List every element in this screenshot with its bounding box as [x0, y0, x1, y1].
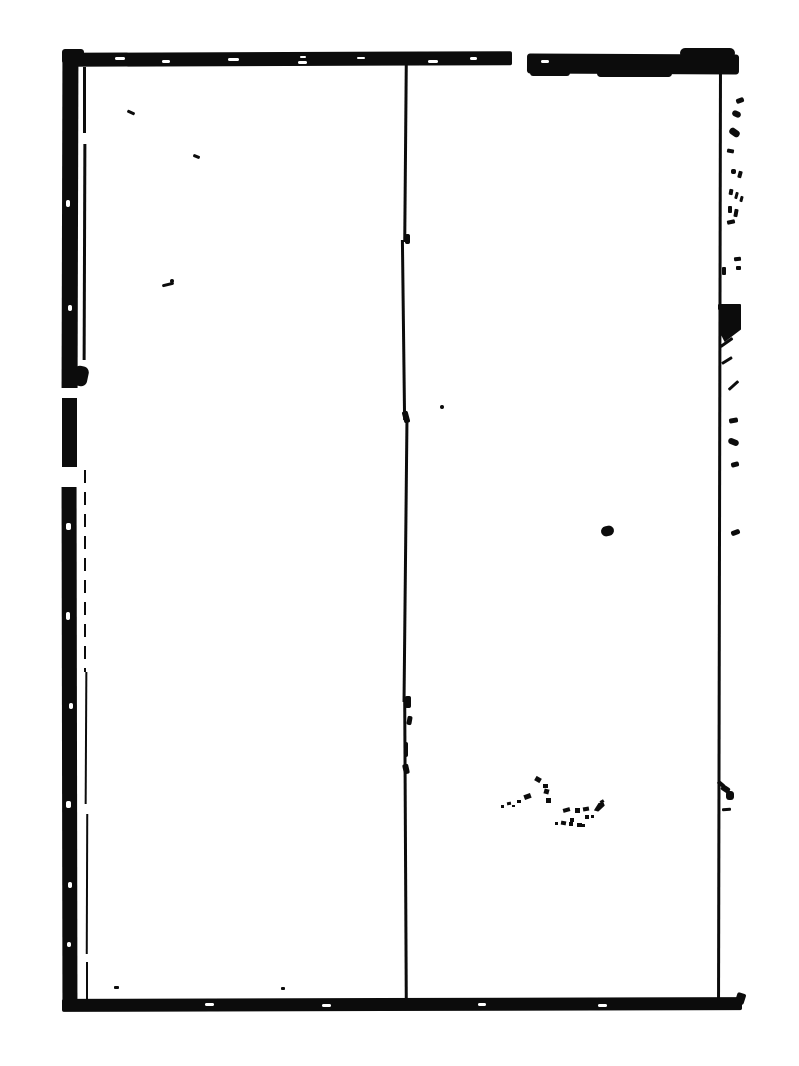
char-fragment: [727, 219, 736, 225]
char-fragment: [729, 189, 734, 196]
ink-splatter-speck: [507, 802, 511, 806]
outer-frame-top-right-dip: [530, 70, 570, 76]
paper-fleck: [66, 801, 71, 808]
ink-splatter-speck: [563, 807, 571, 813]
char-fragment: [728, 380, 740, 391]
inner-margin-rule: [84, 470, 86, 672]
char-fragment: [730, 461, 739, 468]
center-column-rule: [403, 418, 409, 702]
inner-margin-rule: [85, 672, 88, 804]
paper-fleck: [115, 57, 125, 60]
char-fragment: [736, 266, 741, 270]
outer-frame-corner-blob: [62, 49, 84, 64]
center-column-rule: [403, 64, 408, 242]
ink-splatter-speck: [523, 793, 531, 800]
outer-frame-left-bulge: [71, 365, 90, 388]
char-fragment-hook: [726, 791, 734, 800]
paper-fleck: [66, 523, 71, 530]
paper-fleck: [69, 703, 73, 709]
paper-fleck: [300, 56, 306, 58]
right-column-rule: [717, 74, 722, 1006]
outer-frame-bottom: [62, 997, 742, 1012]
center-rule-nick: [402, 410, 411, 423]
paper-fleck: [66, 200, 70, 207]
ink-splatter-speck: [591, 815, 594, 818]
char-fragment: [737, 171, 743, 179]
char-fragment: [729, 417, 739, 423]
paper-fleck: [470, 57, 477, 60]
char-fragment: [739, 196, 743, 203]
char-fragment: [730, 529, 740, 537]
char-fragment: [727, 148, 735, 153]
ink-splatter-speck: [517, 800, 521, 803]
char-fragment: [734, 257, 741, 262]
outer-frame-left-segment: [62, 54, 79, 388]
outer-frame-top-right-bump: [680, 48, 735, 58]
paper-fleck: [67, 942, 71, 947]
char-fragment-hook: [722, 808, 731, 812]
outer-frame-top-left-segment: [66, 51, 512, 67]
ink-layer: [0, 0, 799, 1066]
paper-fleck: [228, 58, 239, 61]
char-fragment: [721, 356, 733, 365]
outer-frame-left-segment: [62, 398, 77, 467]
ink-splatter-speck: [581, 824, 585, 827]
paper-fleck: [68, 305, 72, 311]
outer-frame-top-right-dip: [597, 70, 672, 77]
ink-speck: [193, 154, 201, 159]
paper-fleck: [478, 1003, 486, 1006]
char-fragment: [727, 437, 739, 447]
char-fragment: [731, 109, 742, 118]
paper-fleck: [428, 60, 438, 63]
char-fragment: [731, 169, 736, 174]
char-fragment: [735, 97, 744, 104]
center-rule-nick: [406, 716, 412, 726]
ink-splatter-speck: [501, 805, 504, 808]
char-fragment: [728, 126, 741, 138]
char-fragment: [722, 267, 726, 275]
ink-speck: [127, 109, 136, 115]
ink-splatter-speck: [561, 821, 567, 826]
char-fragment: [734, 192, 739, 200]
inner-margin-rule: [86, 814, 88, 954]
ink-splatter-speck: [583, 807, 590, 812]
inner-margin-rule: [83, 67, 86, 133]
ink-splatter-speck: [555, 822, 558, 825]
ink-splatter-wedge: [592, 801, 606, 813]
inner-margin-rule: [83, 144, 87, 360]
center-rule-nick: [404, 742, 408, 757]
ink-splatter-speck: [569, 822, 573, 826]
paper-fleck: [66, 612, 70, 620]
ink-speck: [281, 987, 285, 990]
inner-margin-rule: [86, 962, 88, 1004]
center-column-rule: [401, 240, 406, 420]
paper-fleck: [357, 57, 365, 59]
ink-splatter-speck: [575, 808, 580, 813]
scanned-book-page: [0, 0, 799, 1066]
center-rule-nick: [405, 696, 411, 708]
ink-speck: [440, 405, 444, 409]
ink-splatter-speck: [546, 798, 551, 803]
ink-splatter-speck: [585, 815, 589, 819]
paper-fleck: [68, 882, 72, 888]
ink-splatter-speck: [512, 805, 515, 807]
ink-speck: [114, 986, 119, 989]
paper-fleck: [598, 1004, 607, 1007]
center-rule-nick: [405, 234, 410, 244]
ink-splatter-speck: [534, 776, 542, 783]
paper-fleck: [205, 1003, 214, 1006]
outer-frame-left-segment: [62, 487, 78, 1008]
paper-fleck: [298, 61, 307, 64]
char-fragment: [728, 206, 732, 213]
paper-fleck: [322, 1004, 331, 1007]
ink-blot: [600, 525, 615, 537]
outer-frame-bottom-end-tick: [735, 992, 747, 1005]
char-fragment: [733, 209, 738, 218]
paper-fleck: [162, 60, 170, 63]
ink-speck: [170, 279, 174, 283]
paper-fleck: [541, 60, 549, 63]
center-rule-nick: [402, 763, 410, 774]
ink-splatter-speck: [543, 788, 549, 794]
